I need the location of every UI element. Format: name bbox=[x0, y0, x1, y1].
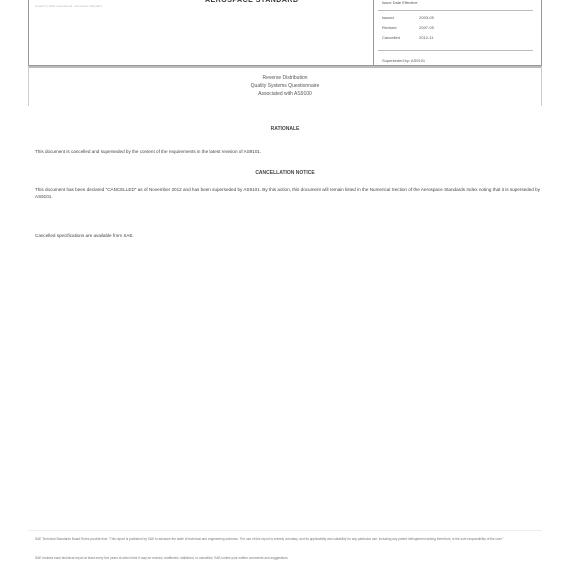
rationale-text: This document is cancelled and supersede… bbox=[35, 148, 540, 155]
distribution-line-3: Associated with AS9100 bbox=[0, 90, 570, 98]
side-row-issued: Issued 2003-05 bbox=[382, 15, 434, 20]
side-divider bbox=[378, 10, 533, 11]
header-small-text: Issued by SAE International - Aerospace … bbox=[35, 4, 102, 8]
header-rule bbox=[28, 66, 542, 68]
side-row-cancelled: Cancelled 2012-11 bbox=[382, 35, 434, 40]
cancellation-note: Cancelled specifications are available f… bbox=[35, 232, 540, 239]
distribution-line-1: Reverse Distribution bbox=[0, 74, 570, 82]
footer-line-2: SAE reviews each technical report at lea… bbox=[35, 556, 540, 560]
footer-line-1: SAE Technical Standards Board Rules prov… bbox=[35, 537, 540, 541]
rationale-title: RATIONALE bbox=[0, 126, 570, 132]
side-value: 2003-05 bbox=[419, 15, 434, 20]
side-value: 2007-05 bbox=[419, 25, 434, 30]
side-divider bbox=[378, 50, 533, 51]
cancellation-text: This document has been declared "CANCELL… bbox=[35, 186, 540, 200]
header-main bbox=[28, 0, 374, 66]
header-side-panel: Issue Date Effective Issued 2003-05 Revi… bbox=[374, 0, 542, 66]
side-row-revised: Revised 2007-05 bbox=[382, 25, 434, 30]
side-value: 2012-11 bbox=[419, 35, 433, 40]
superseded-line: Superseded by: AS9101 bbox=[382, 58, 425, 63]
side-label: Issued bbox=[382, 15, 418, 20]
side-label: Revised bbox=[382, 25, 418, 30]
side-label: Cancelled bbox=[382, 35, 418, 40]
standard-title: AEROSPACE STANDARD bbox=[205, 0, 299, 4]
cancellation-title: CANCELLATION NOTICE bbox=[0, 170, 570, 176]
distribution-line-2: Quality Systems Questionnaire bbox=[0, 82, 570, 90]
distribution-block: Reverse Distribution Quality Systems Que… bbox=[0, 74, 570, 98]
footer-rule bbox=[28, 530, 542, 531]
issue-date-line: Issue Date Effective bbox=[382, 0, 418, 5]
